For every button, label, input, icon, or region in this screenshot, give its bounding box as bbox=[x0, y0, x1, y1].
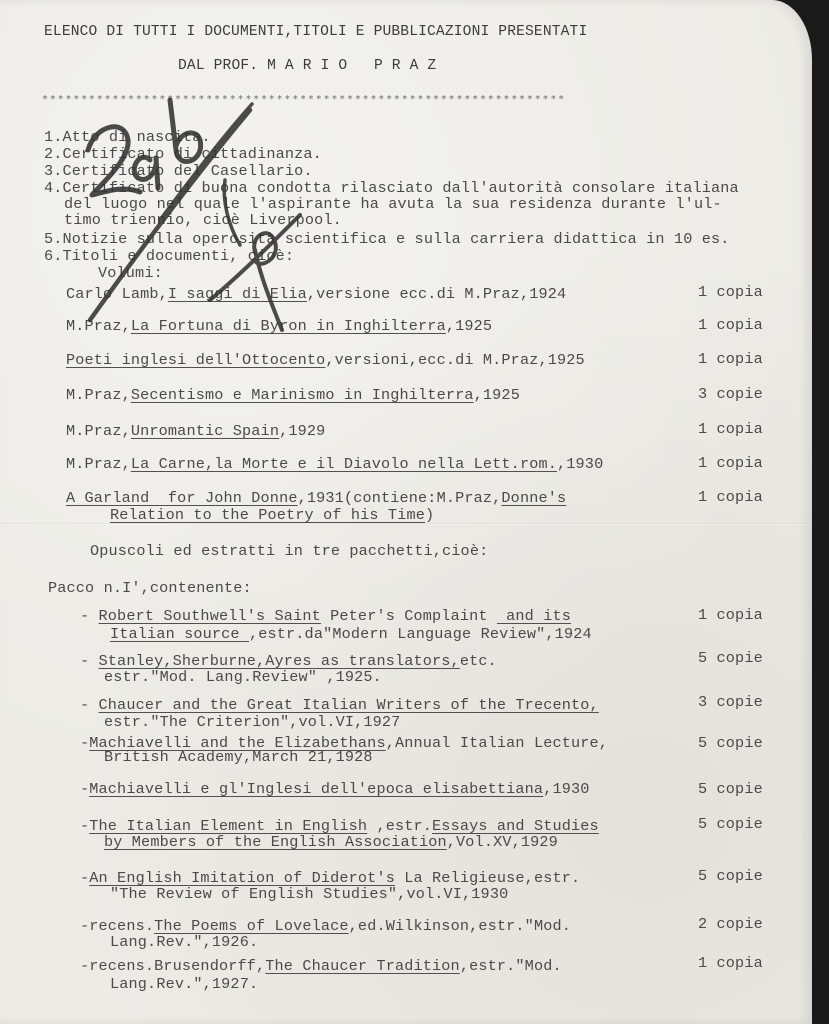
volume-entry: M.Praz,Unromantic Spain,1929 bbox=[66, 423, 325, 440]
pamphlet-entry-continuation: Lang.Rev.",1926. bbox=[110, 934, 258, 951]
volume-entry: M.Praz,La Fortuna di Byron in Inghilterr… bbox=[66, 318, 492, 335]
volume-entry: M.Praz,Secentismo e Marinismo in Inghilt… bbox=[66, 387, 520, 404]
copies-count: 1 copia bbox=[698, 421, 763, 438]
list-item: 6.Titoli e documenti, cioè: bbox=[44, 248, 294, 265]
pamphlet-entry-continuation: "The Review of English Studies",vol.VI,1… bbox=[110, 886, 508, 903]
copies-count: 1 copia bbox=[698, 955, 763, 972]
volume-entry: Carlo Lamb,I saggi di Elia,versione ecc.… bbox=[66, 286, 566, 303]
volume-entry-continuation: Relation to the Poetry of his Time) bbox=[110, 507, 434, 524]
pamphlets-heading: Opuscoli ed estratti in tre pacchetti,ci… bbox=[90, 543, 488, 560]
pamphlet-entry: - Chaucer and the Great Italian Writers … bbox=[80, 697, 599, 714]
document-title: ELENCO DI TUTTI I DOCUMENTI,TITOLI E PUB… bbox=[44, 24, 587, 41]
copies-count: 3 copie bbox=[698, 694, 763, 711]
copies-count: 1 copia bbox=[698, 351, 763, 368]
list-item-continuation: timo triennio, cioè Liverpool. bbox=[64, 212, 342, 229]
copies-count: 5 copie bbox=[698, 816, 763, 833]
list-item: 1.Atto di nascita. bbox=[44, 129, 211, 146]
pamphlet-entry-continuation: estr."Mod. Lang.Review" ,1925. bbox=[104, 669, 382, 686]
pamphlet-entry-continuation: Italian source ,estr.da"Modern Language … bbox=[110, 626, 592, 643]
copies-count: 1 copia bbox=[698, 455, 763, 472]
copies-count: 5 copie bbox=[698, 735, 763, 752]
copies-count: 1 copia bbox=[698, 317, 763, 334]
packet-label: Pacco n.I',contenente: bbox=[48, 580, 252, 597]
document-page: ELENCO DI TUTTI I DOCUMENTI,TITOLI E PUB… bbox=[0, 0, 812, 1024]
document-subtitle: DAL PROF. M A R I O P R A Z bbox=[178, 58, 436, 75]
copies-count: 5 copie bbox=[698, 650, 763, 667]
copies-count: 2 copie bbox=[698, 916, 763, 933]
pamphlet-entry-continuation: estr."The Criterion",vol.VI,1927 bbox=[104, 714, 400, 731]
copies-count: 1 copia bbox=[698, 607, 763, 624]
separator-line: ****************************************… bbox=[42, 94, 566, 105]
pamphlet-entry-continuation: British Academy,March 21,1928 bbox=[104, 749, 373, 766]
copies-count: 1 copia bbox=[698, 284, 763, 301]
pamphlet-entry-continuation: Lang.Rev.",1927. bbox=[110, 976, 258, 993]
volume-entry: Poeti inglesi dell'Ottocento,versioni,ec… bbox=[66, 352, 585, 369]
list-item: 5.Notizie sulla operosità scientifica e … bbox=[44, 231, 730, 248]
pamphlet-entry: -recens.Brusendorff,The Chaucer Traditio… bbox=[80, 958, 562, 975]
volume-entry: M.Praz,La Carne,la Morte e il Diavolo ne… bbox=[66, 456, 603, 473]
list-item: 2.Certificato di cittadinanza. bbox=[44, 146, 322, 163]
volumes-heading: Volumi: bbox=[98, 265, 163, 282]
list-item: 3.Certificato del Casellario. bbox=[44, 163, 313, 180]
volume-entry: A Garland for John Donne,1931(contiene:M… bbox=[66, 490, 566, 507]
copies-count: 5 copie bbox=[698, 868, 763, 885]
pamphlet-entry: -Machiavelli e gl'Inglesi dell'epoca eli… bbox=[80, 781, 590, 798]
copies-count: 1 copia bbox=[698, 489, 763, 506]
pamphlet-entry-continuation: by Members of the English Association,Vo… bbox=[104, 834, 558, 851]
copies-count: 5 copie bbox=[698, 781, 763, 798]
copies-count: 3 copie bbox=[698, 386, 763, 403]
pamphlet-entry: - Robert Southwell's Saint Peter's Compl… bbox=[80, 608, 571, 625]
